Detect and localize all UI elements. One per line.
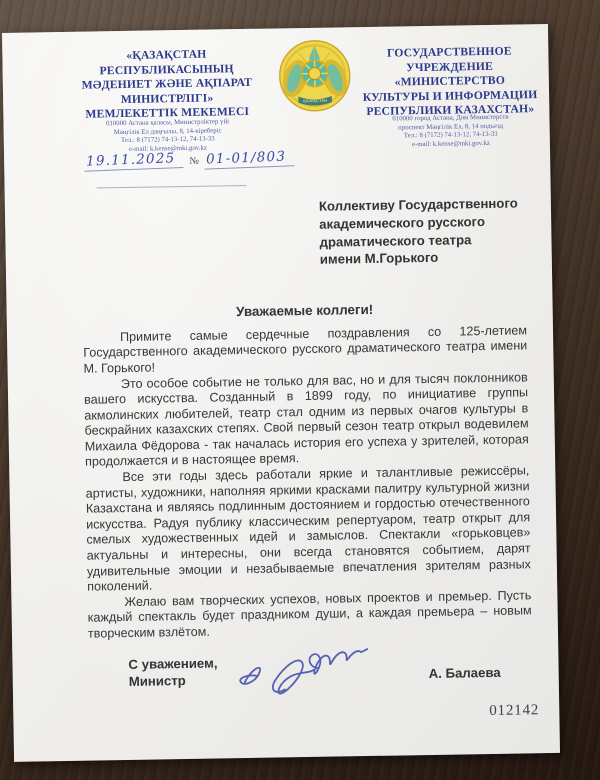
- blank-reference-rule: [97, 185, 247, 188]
- body-paragraph: Примите самые сердечные поздравления со …: [83, 323, 528, 377]
- signer-name: А. Балаева: [429, 664, 501, 680]
- form-serial-number: 012142: [489, 702, 539, 720]
- handwritten-signature-icon: [228, 635, 409, 704]
- letter-body: Примите самые сердечные поздравления со …: [83, 323, 532, 642]
- salutation: Уважаемые коллеги!: [83, 299, 527, 321]
- number-sign-label: №: [189, 156, 199, 167]
- handwritten-date: 19.11.2025: [84, 150, 184, 172]
- org-name-russian: ГОСУДАРСТВЕННОЕ УЧРЕЖДЕНИЕ «МИНИСТЕРСТВО…: [356, 34, 543, 120]
- org-name-kk-line: «ҚАЗАҚСТАН РЕСПУБЛИКАСЫНЫҢ: [60, 47, 272, 80]
- address-spacer: [273, 116, 358, 152]
- org-name-ru-line: ГОСУДАРСТВЕННОЕ УЧРЕЖДЕНИЕ: [356, 44, 542, 76]
- recipient-line: имени М.Горького: [320, 247, 552, 268]
- handwritten-outgoing-number: 01-01/803: [204, 149, 295, 170]
- kazakhstan-state-emblem-icon: ҚАЗАҚСТАН: [272, 37, 357, 114]
- org-name-kazakh: «ҚАЗАҚСТАН РЕСПУБЛИКАСЫНЫҢ МӘДЕНИЕТ ЖӘНЕ…: [60, 39, 273, 123]
- body-paragraph: Это особое событие не только для вас, но…: [84, 370, 529, 471]
- address-russian: 010000 город Астана, Дом Министерств про…: [357, 113, 544, 150]
- photo-of-letter-on-desk: «ҚАЗАҚСТАН РЕСПУБЛИКАСЫНЫҢ МӘДЕНИЕТ ЖӘНЕ…: [0, 0, 600, 780]
- body-paragraph: Желаю вам творческих успехов, новых прое…: [87, 588, 532, 642]
- letter-paper: «ҚАЗАҚСТАН РЕСПУБЛИКАСЫНЫҢ МӘДЕНИЕТ ЖӘНЕ…: [2, 24, 560, 762]
- recipient-block: Коллективу Государственного академическо…: [319, 194, 552, 268]
- signature-block: С уважением, Министр А. Балаева: [128, 649, 539, 716]
- emblem-banner-text: ҚАЗАҚСТАН: [303, 98, 327, 103]
- body-paragraph: Все эти годы здесь работали яркие и тала…: [85, 463, 531, 595]
- letterhead: «ҚАЗАҚСТАН РЕСПУБЛИКАСЫНЫҢ МӘДЕНИЕТ ЖӘНЕ…: [2, 24, 549, 126]
